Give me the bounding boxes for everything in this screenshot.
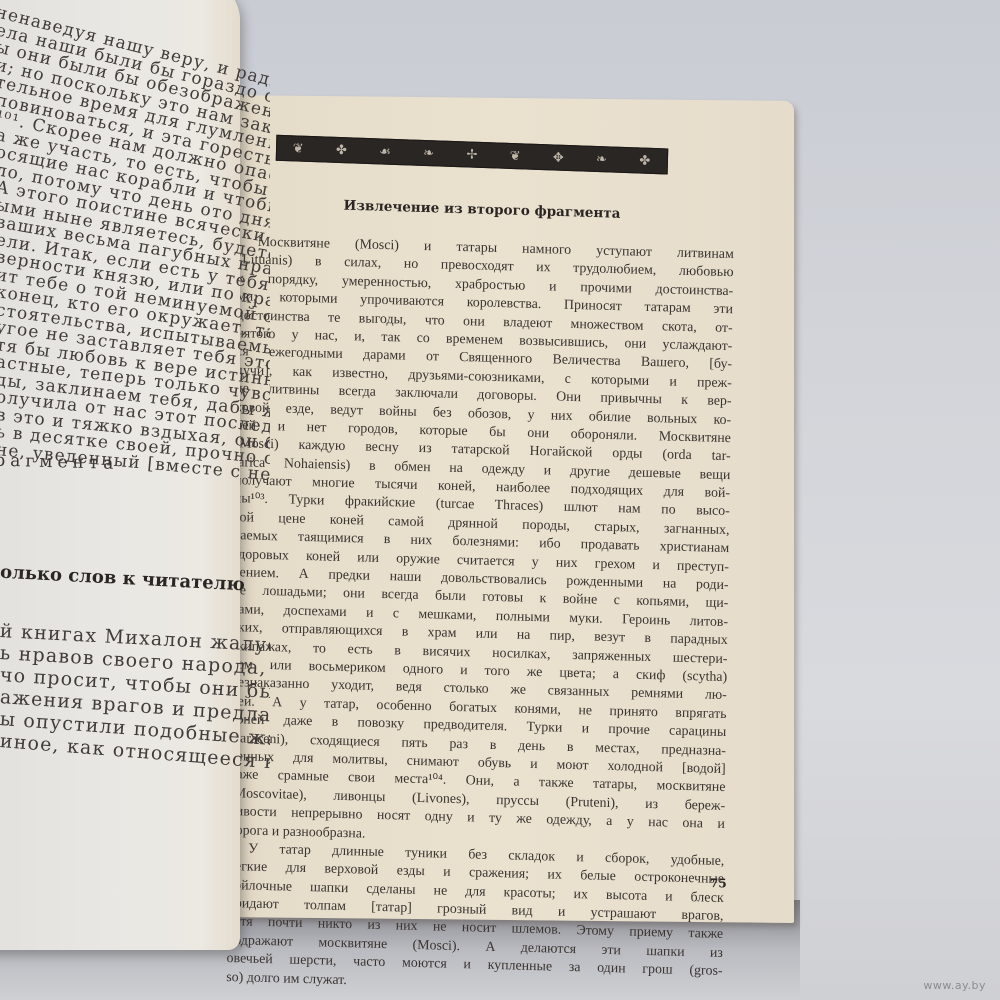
left-page: ненаведуя нашу веру, и радиела наши были… bbox=[0, 0, 240, 950]
right-page-body: Москвитяне (Mosci) и татары намного усту… bbox=[226, 233, 734, 1000]
ornament-glyph-icon: ❦ bbox=[293, 141, 305, 156]
right-page: ❦✤☙❧✢❦✥❧✤ Извлечение из второго фрагмент… bbox=[222, 95, 794, 923]
section-title: Извлечение из второго фрагмента bbox=[322, 197, 642, 222]
watermark: www.ay.by bbox=[923, 979, 986, 992]
section-heading: фрагмента bbox=[0, 450, 119, 474]
chapter-heading: олько слов к читателю bbox=[0, 562, 245, 596]
ornament-glyph-icon: ✢ bbox=[466, 147, 478, 162]
ornament-glyph-icon: ✥ bbox=[553, 150, 565, 165]
ornament-glyph-icon: ❧ bbox=[596, 151, 608, 166]
ornament-glyph-icon: ❧ bbox=[423, 145, 435, 160]
ornament-glyph-icon: ☙ bbox=[379, 144, 392, 159]
page-number: 75 bbox=[710, 876, 727, 890]
ornamental-headpiece: ❦✤☙❧✢❦✥❧✤ bbox=[276, 135, 669, 175]
left-page-text: ненаведуя нашу веру, и радиела наши были… bbox=[0, 0, 270, 940]
ornament-glyph-icon: ✤ bbox=[336, 142, 348, 157]
ornament-glyph-icon: ❦ bbox=[509, 148, 521, 163]
ornament-glyph-icon: ✤ bbox=[639, 153, 651, 168]
